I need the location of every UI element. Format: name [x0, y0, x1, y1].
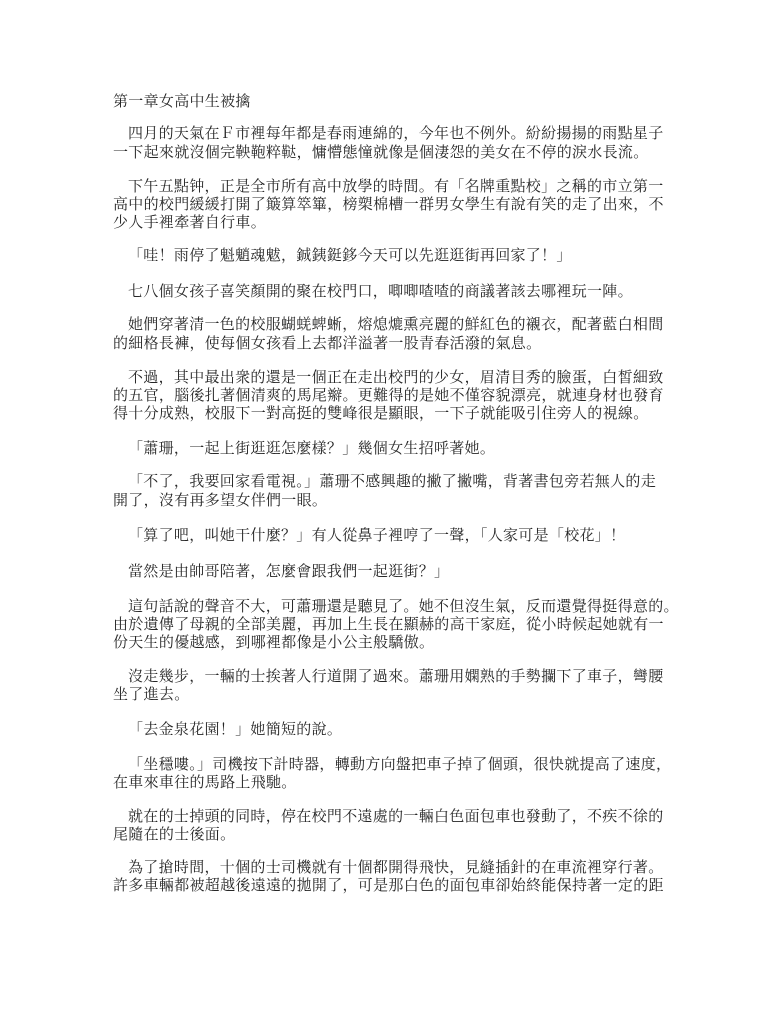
paragraph-line: 由於遺傳了母親的全部美麗，再加上生長在顯赫的高干家庭，從小時候起她就有一: [113, 615, 664, 633]
paragraph-line: 「坐穩嘍。」司機按下計時器，轉動方向盤把車子掉了個頭，很快就提高了速度，: [128, 755, 671, 773]
paragraph-line: 一下起來就沒個完鞅鞄粹鞑，慵懵態憧就像是個淒怨的美女在不停的淚水長流。: [113, 143, 649, 161]
paragraph-line: 開了，沒有再多望女伴們一眼。: [113, 491, 327, 509]
document-page: 第一章女高中生被擒 四月的天氣在Ｆ市裡每年都是春雨連綿的，今年也不例外。紛紛揚揚…: [0, 0, 768, 1024]
paragraph-line: 下午五點钟，正是全市所有高中放學的時間。有「名牌重點校」之稱的市立第一: [128, 177, 664, 195]
paragraph-line: 高中的校門緩緩打開了簸算箤篳，榜槊棉槽一群男女學生有說有笑的走了出來，不: [113, 195, 664, 213]
paragraph-line: 這句話說的聲音不大，可蕭珊還是聽見了。她不但沒生氣，反而還覺得挺得意的。: [128, 597, 679, 615]
paragraph-line: 份天生的優越感，到哪裡都像是小公主般驕傲。: [113, 633, 434, 651]
paragraph-line: 七八個女孩子喜笑顏開的聚在校門口，唧唧喳喳的商議著該去哪裡玩一陣。: [128, 282, 633, 300]
paragraph-line: 「算了吧，叫她干什麼？」有人從鼻子裡哼了一聲，「人家可是「校花」！: [128, 526, 625, 544]
paragraph-line: 「不了，我要回家看電視。」蕭珊不感興趣的撇了撇嘴，背著書包旁若無人的走: [128, 472, 656, 490]
paragraph-line: 得十分成熟，校服下一對高挺的雙峰很是顯眼，一下子就能吸引住旁人的視線。: [113, 404, 649, 422]
paragraph-line: 少人手裡牽著自行車。: [113, 213, 266, 231]
paragraph-line: 的五官，腦後扎著個清爽的馬尾辮。更難得的是她不僅容貌漂亮，就連身材也發育: [113, 386, 664, 404]
paragraph-line: 她們穿著清一色的校服蝴蜣蜱蜥，熔熄熝熏亮麗的鮮紅色的襯衣，配著藍白相間: [128, 315, 664, 333]
paragraph-line: 尾隨在的士後面。: [113, 825, 235, 843]
paragraph-line: 「蕭珊，一起上街逛逛怎麼樣？」幾個女生招呼著她。: [128, 439, 495, 457]
paragraph-line: 就在的士掉頭的同時，停在校門不遠處的一輛白色面包車也發動了，不疾不徐的: [128, 807, 664, 825]
paragraph-line: 不過，其中最出衆的還是一個正在走出校門的少女，眉清目秀的臉蛋，白皙細致: [128, 368, 664, 386]
chapter-title: 第一章女高中生被擒: [113, 92, 251, 110]
paragraph-line: 坐了進去。: [113, 685, 190, 703]
paragraph-line: 為了搶時間，十個的士司機就有十個都開得飛快，見縫插針的在車流裡穿行著。: [128, 858, 664, 876]
paragraph-line: 的細格長褲，使每個女孩看上去都洋溢著一股青春活潑的氣息。: [113, 334, 541, 352]
paragraph-line: 許多車輛都被超越後遠遠的拋開了，可是那白色的面包車卻始終能保持著一定的距: [113, 876, 664, 894]
paragraph-line: 在車來車往的馬路上飛馳。: [113, 773, 297, 791]
paragraph-line: 四月的天氣在Ｆ市裡每年都是春雨連綿的，今年也不例外。紛紛揚揚的雨點星子: [128, 124, 664, 142]
paragraph-line: 當然是由帥哥陪著，怎麼會跟我們一起逛街？」: [128, 562, 449, 580]
paragraph-line: 「去金泉花園！」她簡短的說。: [128, 720, 342, 738]
paragraph-line: 「哇！雨停了魁魈魂魃，鋮銕鋌鉹今天可以先逛逛街再回家了！」: [128, 246, 572, 264]
paragraph-line: 沒走幾步，一輛的士挨著人行道開了過來。蕭珊用嫻熟的手勢攔下了車子，彎腰: [128, 667, 664, 685]
